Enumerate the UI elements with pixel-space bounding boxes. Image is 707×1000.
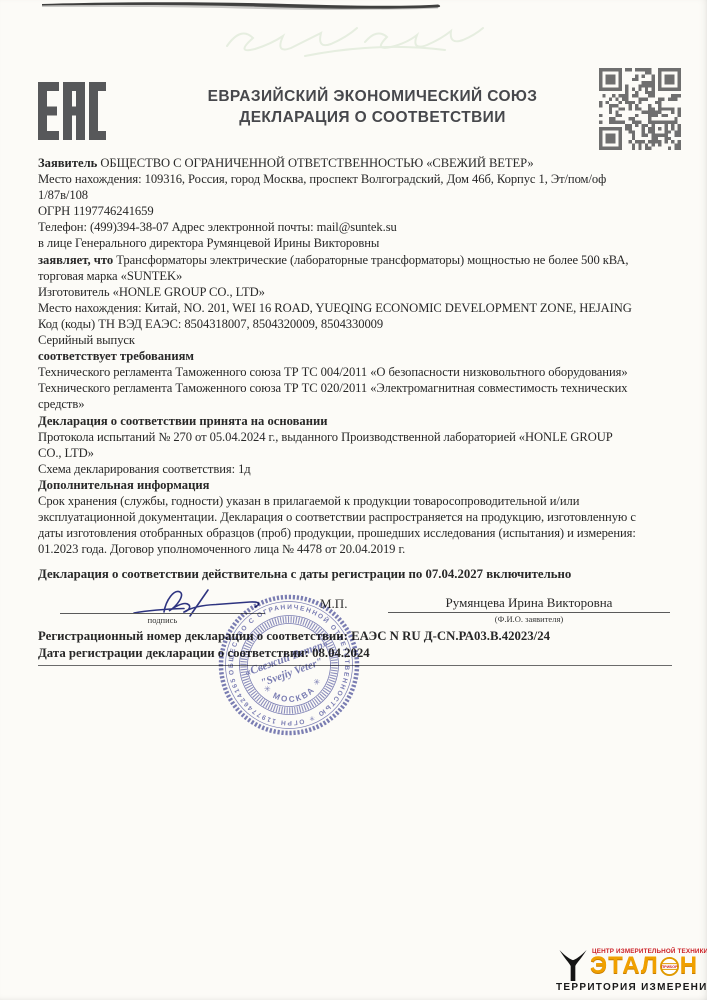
doc-line: ОГРН 1197746241659	[38, 203, 678, 219]
doc-line: даты изготовления отобранных образцов (п…	[38, 525, 678, 541]
doc-line: Изготовитель «HONLE GROUP CO., LTD»	[38, 284, 678, 300]
scan-artifact-top	[42, 0, 444, 12]
doc-line: Срок хранения (службы, годности) указан …	[38, 493, 678, 509]
doc-line: эксплуатационной документации. Деклараци…	[38, 509, 678, 525]
etalon-logo: ЦЕНТР ИЗМЕРИТЕЛЬНОЙ ТЕХНИКИ ЭТАЛ ПРИБОР …	[556, 946, 704, 996]
doc-line: торговая марка «SUNTEK»	[38, 268, 678, 284]
etalon-brand-pre: ЭТАЛ	[590, 954, 659, 978]
doc-line: в лице Генерального директора Румянцевой…	[38, 235, 678, 251]
etalon-brand-post: Н	[680, 954, 698, 978]
qr-code	[599, 68, 681, 150]
etalon-bottom-text: ТЕРРИТОРИЯ ИЗМЕРЕНИЙ	[556, 982, 707, 993]
handwriting-scribble	[215, 12, 545, 64]
applicant-name-line	[388, 612, 670, 613]
etalon-brand: ЭТАЛ ПРИБОР Н	[590, 954, 698, 978]
doc-line: Телефон: (499)394-38-07 Адрес электронно…	[38, 219, 678, 235]
applicant-name-caption: (Ф.И.О. заявителя)	[388, 614, 670, 624]
doc-line: Место нахождения: Китай, NO. 201, WEI 16…	[38, 300, 678, 316]
doc-line: 1/87в/108	[38, 187, 678, 203]
validity-statement: Декларация о соответствии действительна …	[38, 567, 678, 582]
doc-line: 01.2023 года. Договор уполномоченного ли…	[38, 541, 678, 557]
doc-line: Схема декларирования соответствия: 1д	[38, 461, 678, 477]
document-body: Заявитель ОБЩЕСТВО С ОГРАНИЧЕННОЙ ОТВЕТС…	[38, 155, 678, 557]
doc-line: Технического регламента Таможенного союз…	[38, 364, 678, 380]
doc-line: Дополнительная информация	[38, 477, 678, 493]
pribor-badge-icon: ПРИБОР	[660, 957, 679, 976]
company-stamp: ОБЩЕСТВО С ОГРАНИЧЕННОЙ ОТВЕТСТВЕННОСТЬЮ…	[212, 588, 366, 742]
tuning-fork-icon	[558, 949, 588, 982]
pribor-badge-text: ПРИБОР	[661, 965, 678, 969]
doc-line: соответствует требованиям	[38, 348, 678, 364]
doc-line: CO., LTD»	[38, 445, 678, 461]
doc-line: Код (коды) ТН ВЭД ЕАЭС: 8504318007, 8504…	[38, 316, 678, 332]
doc-line: Протокола испытаний № 270 от 05.04.2024 …	[38, 429, 678, 445]
page-title: ЕВРАЗИЙСКИЙ ЭКОНОМИЧЕСКИЙ СОЮЗ ДЕКЛАРАЦИ…	[125, 86, 620, 128]
doc-line: Технического регламента Таможенного союз…	[38, 380, 678, 396]
doc-line: Заявитель ОБЩЕСТВО С ОГРАНИЧЕННОЙ ОТВЕТС…	[38, 155, 678, 171]
doc-line: Декларация о соответствии принята на осн…	[38, 413, 678, 429]
eac-mark-icon	[38, 82, 106, 140]
doc-line: заявляет, что Трансформаторы электрическ…	[38, 252, 678, 268]
title-line-1: ЕВРАЗИЙСКИЙ ЭКОНОМИЧЕСКИЙ СОЮЗ	[125, 86, 620, 107]
declaration-document: ЕВРАЗИЙСКИЙ ЭКОНОМИЧЕСКИЙ СОЮЗ ДЕКЛАРАЦИ…	[0, 0, 707, 1000]
doc-line: средств»	[38, 396, 678, 412]
doc-line: Серийный выпуск	[38, 332, 678, 348]
title-line-2: ДЕКЛАРАЦИЯ О СООТВЕТСТВИИ	[125, 107, 620, 128]
doc-line: Место нахождения: 109316, Россия, город …	[38, 171, 678, 187]
applicant-name: Румянцева Ирина Викторовна	[388, 595, 670, 611]
